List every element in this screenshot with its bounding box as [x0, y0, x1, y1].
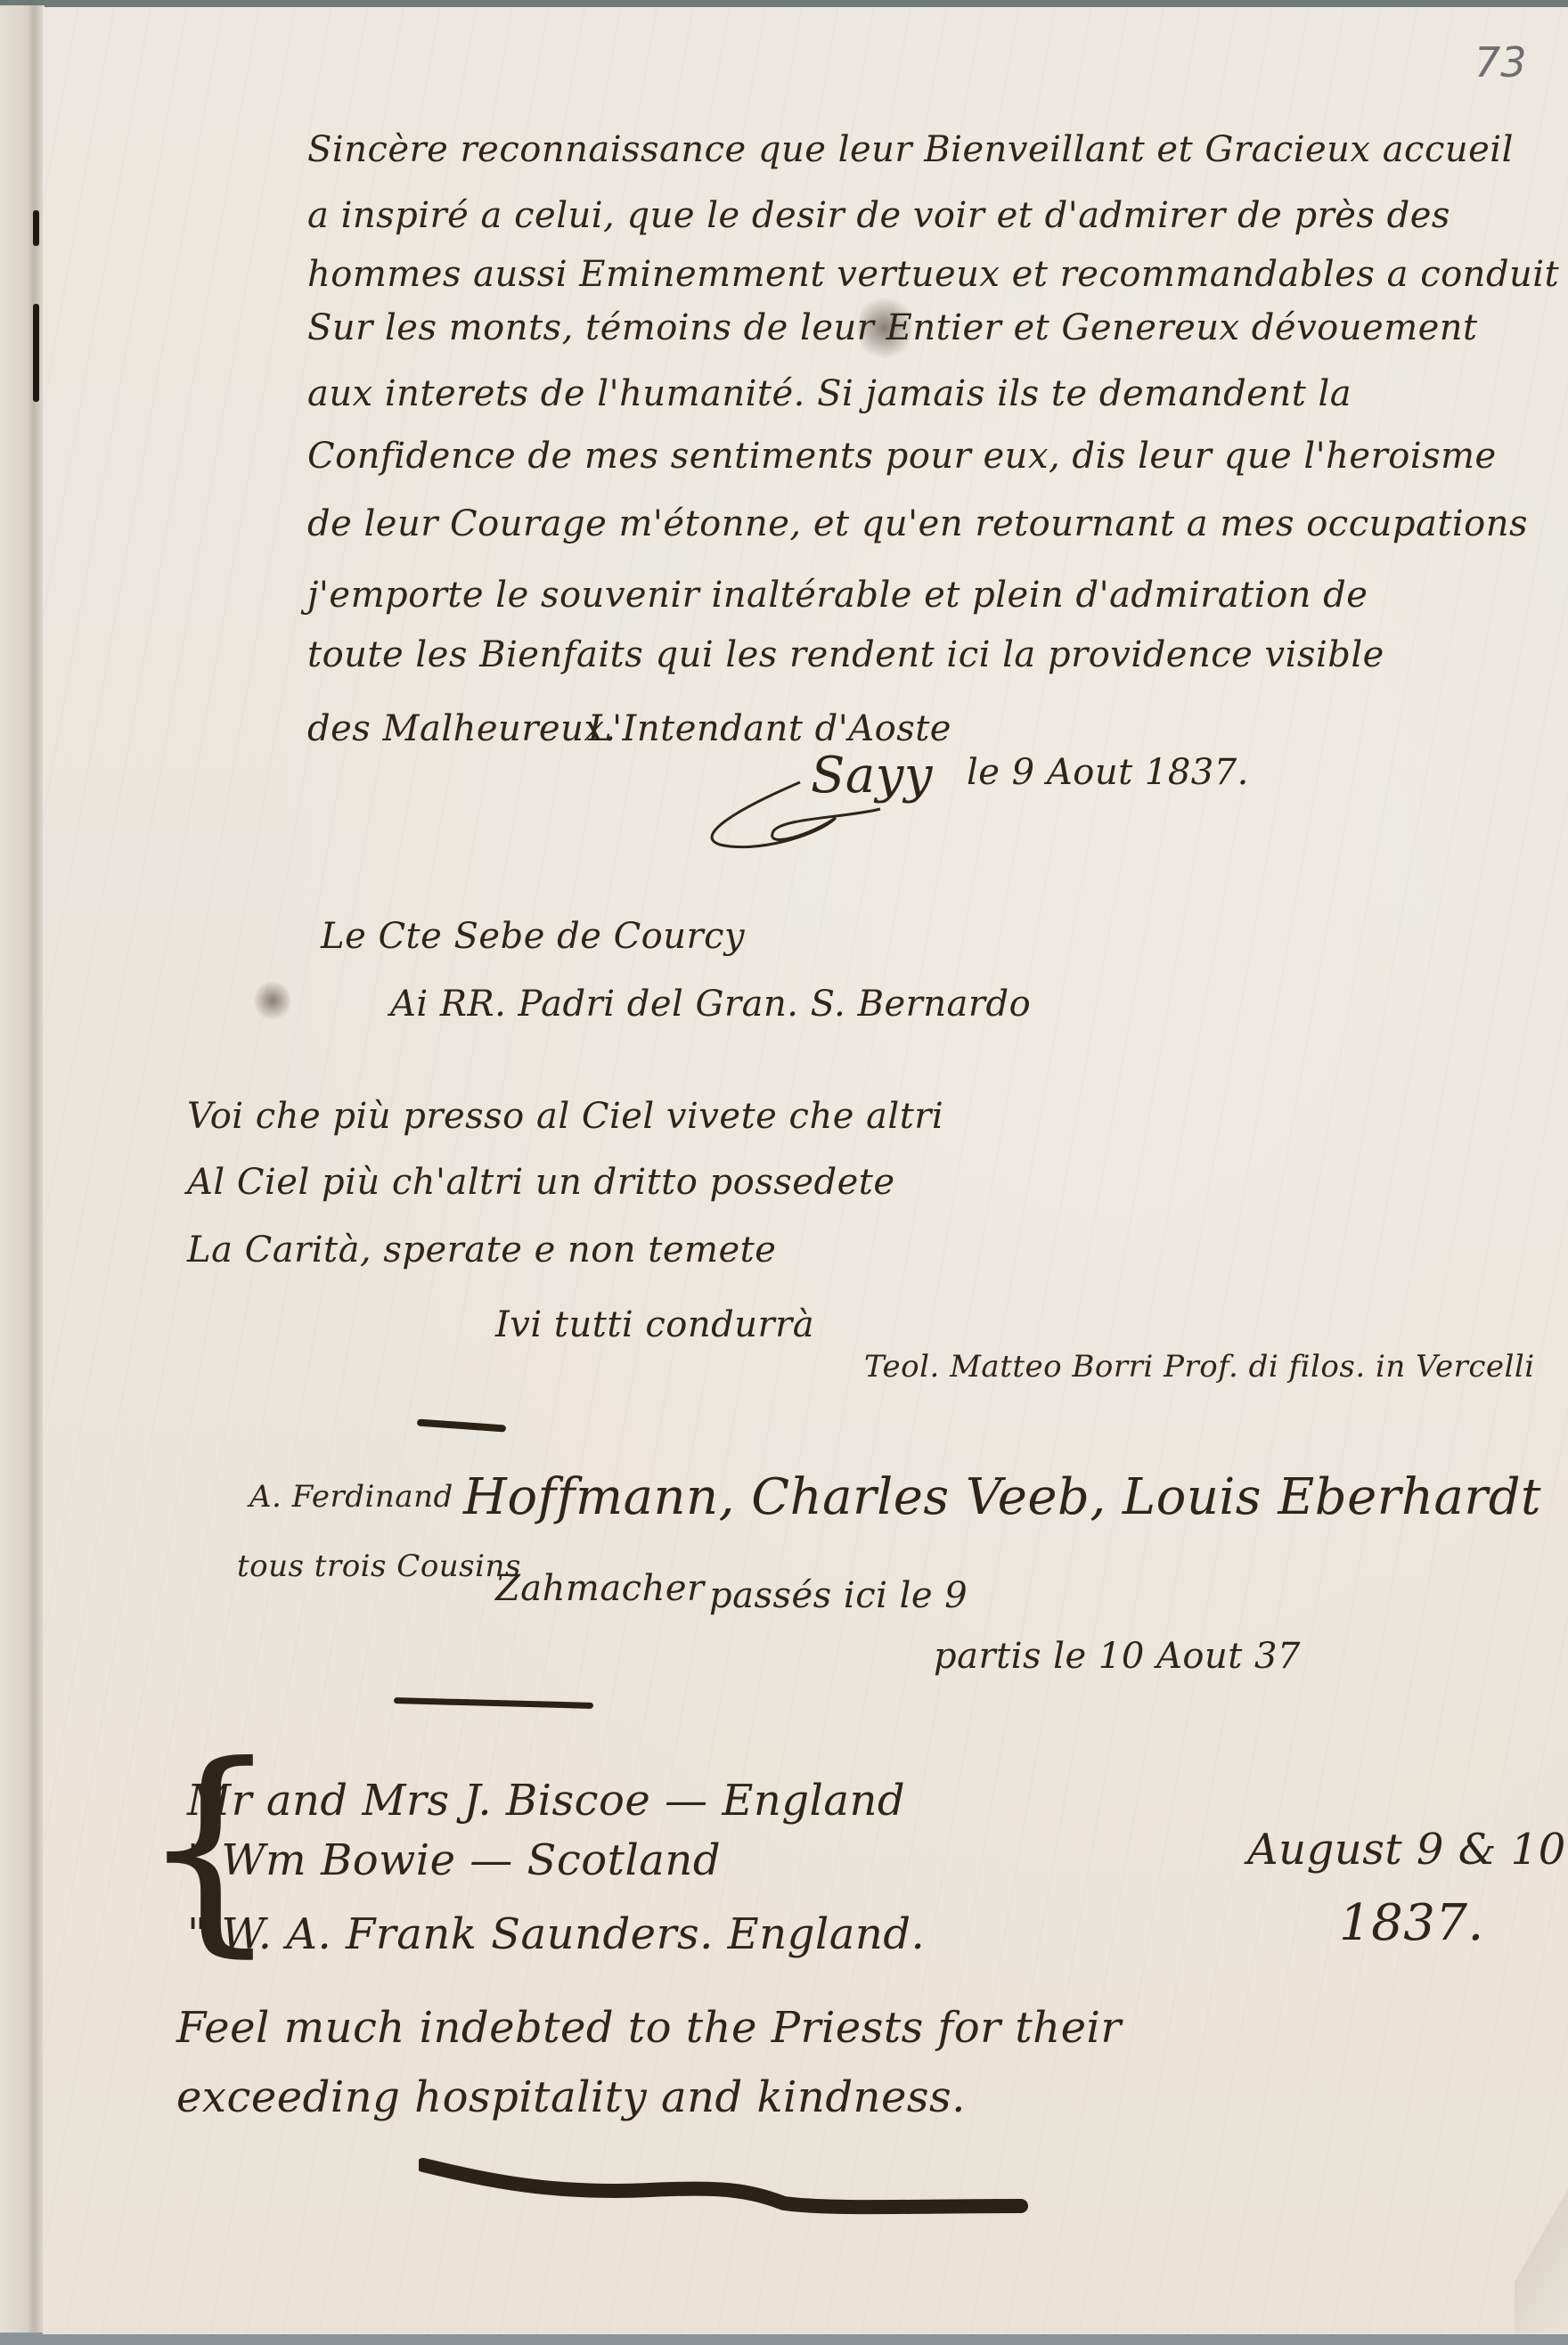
french-line: de leur Courage m'étonne, et qu'en retou…	[307, 503, 1528, 544]
english-note-line: exceeding hospitality and kindness.	[176, 2072, 966, 2122]
cousins-line-1-prefix: A. Ferdinand	[249, 1479, 453, 1515]
visit-date: August 9 & 10th	[1247, 1825, 1568, 1875]
french-line: a inspiré a celui, que le desir de voir …	[307, 195, 1450, 236]
italian-signature: Teol. Matteo Borri Prof. di filos. in Ve…	[864, 1349, 1535, 1385]
italian-heading-author: Le Cte Sebe de Courcy	[321, 916, 745, 957]
french-line: Sincère reconnaissance que leur Bienveil…	[307, 129, 1514, 170]
traveler-name: Wm Bowie	[221, 1835, 455, 1885]
french-line: j'emporte le souvenir inaltérable et ple…	[307, 575, 1368, 616]
traveler-country: England.	[728, 1909, 926, 1959]
italian-verse: Voi che più presso al Ciel vivete che al…	[187, 1096, 943, 1137]
ink-blot	[858, 292, 911, 364]
traveler-prefix: "	[187, 1909, 208, 1959]
cousins-passed: passés ici le 9	[709, 1575, 968, 1616]
cousins-surname: Zahmacher	[495, 1568, 705, 1609]
page-number: 73	[1474, 38, 1527, 86]
scan-bottom-edge	[0, 2334, 1568, 2345]
visit-year: 1837.	[1339, 1894, 1484, 1952]
signature-title: L'Intendant d'Aoste	[588, 708, 951, 749]
french-line: aux interets de l'humanité. Si jamais il…	[307, 373, 1352, 414]
traveler-name: Mr and Mrs J. Biscoe	[187, 1776, 650, 1826]
closing-swash-stroke	[419, 2154, 1042, 2217]
traveler-name: W. A. Frank Saunders.	[221, 1909, 714, 1959]
manuscript-page: 73 Sincère reconnaissance que leur Bienv…	[43, 7, 1568, 2334]
binding-tear	[33, 210, 39, 246]
french-line: hommes aussi Eminemment vertueux et reco…	[307, 254, 1559, 295]
italian-verse: La Carità, sperate e non temete	[187, 1230, 776, 1271]
cousins-departed: partis le 10 Aout 37	[934, 1636, 1301, 1677]
dog-eared-corner	[1515, 2183, 1568, 2334]
signature-flourish	[684, 773, 951, 854]
traveler-row: " W. A. Frank Saunders. England.	[187, 1909, 925, 1959]
traveler-row: Mr and Mrs J. Biscoe — England	[187, 1776, 905, 1826]
cousins-names: Hoffmann, Charles Veeb, Louis Eberhardt	[463, 1468, 1541, 1526]
traveler-prefix: "	[187, 1835, 208, 1885]
english-note-line: Feel much indebted to the Priests for th…	[176, 2003, 1122, 2053]
traveler-country: Scotland	[527, 1835, 722, 1885]
signature-date: le 9 Aout 1837.	[967, 752, 1249, 793]
french-line: toute les Bienfaits qui les rendent ici …	[307, 634, 1384, 675]
traveler-country: England	[722, 1776, 905, 1826]
french-line: Confidence de mes sentiments pour eux, d…	[307, 436, 1497, 477]
binding-tear	[33, 304, 39, 402]
italian-verse: Al Ciel più ch'altri un dritto possedete	[187, 1162, 895, 1203]
italian-heading-dedication: Ai RR. Padri del Gran. S. Bernardo	[390, 984, 1031, 1025]
traveler-row: " Wm Bowie — Scotland	[187, 1835, 721, 1885]
cousins-line-2-prefix: tous trois Cousins	[237, 1548, 521, 1584]
book-gutter	[27, 5, 45, 2333]
ink-smudge	[255, 978, 290, 1023]
french-line: des Malheureux.	[307, 708, 617, 749]
italian-closing-line: Ivi tutti condurrà	[495, 1304, 814, 1345]
